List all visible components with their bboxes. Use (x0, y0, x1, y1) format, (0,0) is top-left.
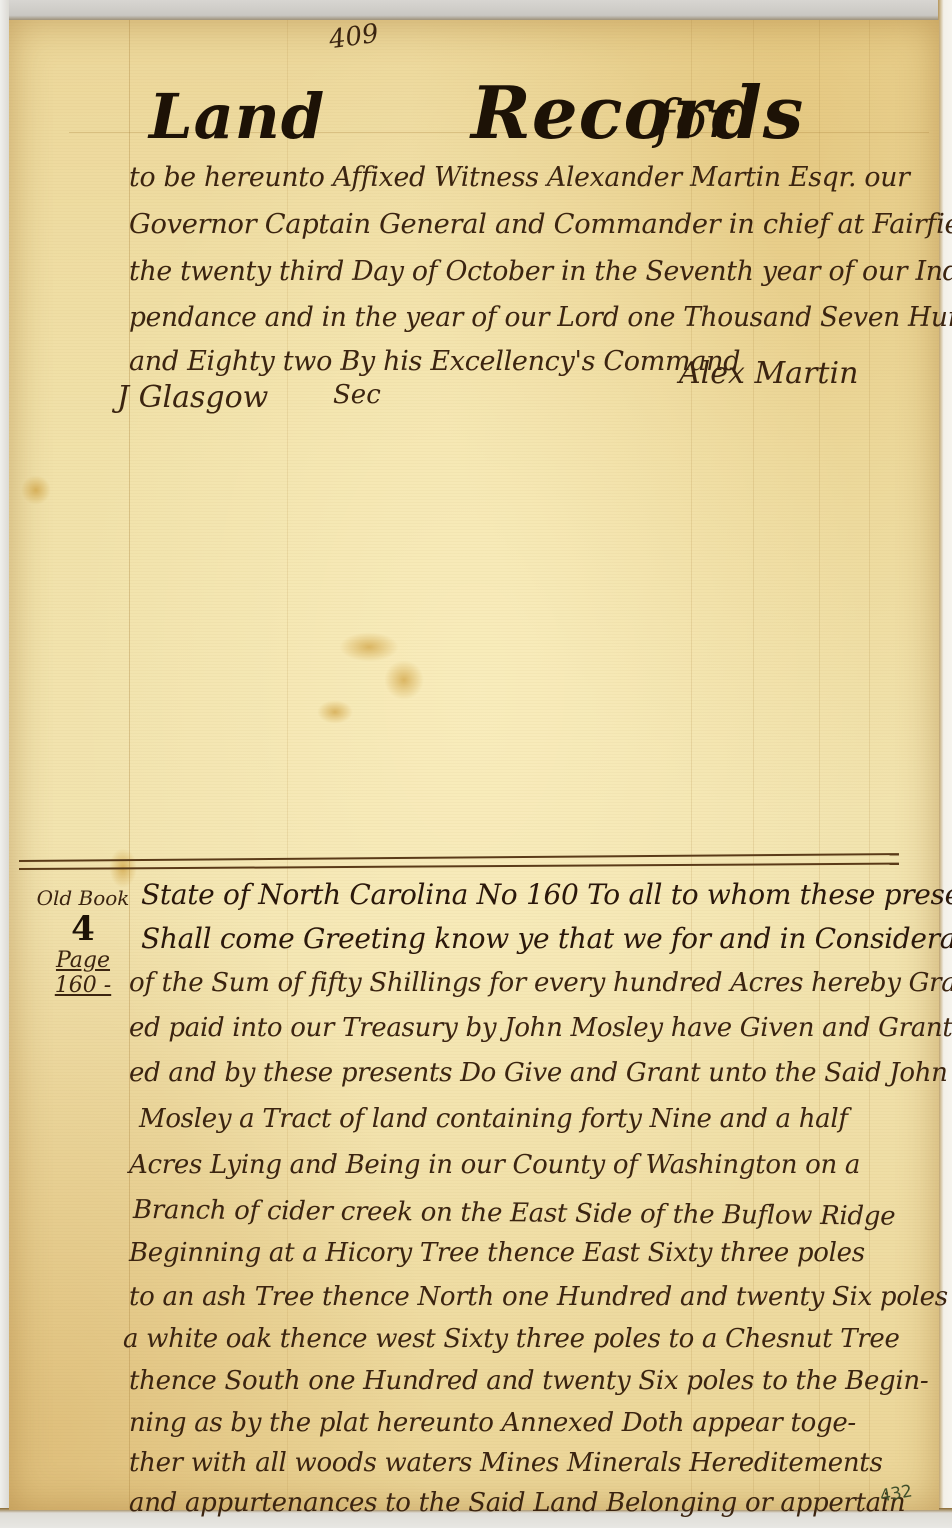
secretary-title: Sec (333, 380, 381, 410)
text-line: ed and by these presents Do Give and Gra… (129, 1058, 948, 1088)
water-stain (339, 632, 399, 662)
margin-note-label: Old Book (33, 886, 133, 910)
text-line: and appurtenances to the Said Land Belon… (129, 1488, 905, 1518)
text-line: Branch of cider creek on the East Side o… (133, 1195, 895, 1232)
text-line: Shall come Greeting know ye that we for … (141, 922, 952, 955)
text-line: ning as by the plat hereunto Annexed Dot… (129, 1408, 856, 1438)
section-divider (19, 853, 899, 862)
water-stain (384, 660, 424, 700)
governor-signature: Alex Martin (679, 356, 858, 391)
text-line: pendance and in the year of our Lord one… (129, 302, 952, 333)
heading-for: for (655, 90, 733, 150)
text-line: and Eighty two By his Excellency's Comma… (129, 346, 740, 377)
heading-records: Records (471, 70, 804, 155)
text-line: Governor Captain General and Commander i… (129, 209, 952, 240)
text-line: to be hereunto Affixed Witness Alexander… (129, 162, 910, 193)
text-line: Acres Lying and Being in our County of W… (129, 1150, 860, 1180)
text-line: Beginning at a Hicory Tree thence East S… (129, 1238, 865, 1268)
manuscript-page: 409 Land Records for to be hereunto Affi… (9, 20, 939, 1510)
secretary-signature: J Glasgow (117, 380, 268, 415)
text-line: of the Sum of fifty Shillings for every … (129, 968, 952, 998)
page-number: 409 (327, 19, 380, 56)
text-line: a white oak thence west Sixty three pole… (123, 1324, 900, 1354)
margin-note: Old Book 4 Page 160 - (33, 886, 133, 998)
text-line: ed paid into our Treasury by John Mosley… (129, 1013, 952, 1043)
text-line: to an ash Tree thence North one Hundred … (129, 1282, 952, 1312)
text-line: ther with all woods waters Mines Mineral… (129, 1448, 882, 1478)
water-stain (21, 475, 51, 505)
text-line: the twenty third Day of October in the S… (129, 256, 952, 287)
heading-land: Land (149, 80, 325, 153)
scan-border-left (0, 0, 9, 1528)
section-divider (19, 863, 899, 870)
water-stain (317, 700, 353, 724)
text-line: Mosley a Tract of land containing forty … (139, 1104, 848, 1134)
text-line: State of North Carolina No 160 To all to… (141, 878, 952, 911)
margin-note-page: Page 160 - (33, 948, 133, 998)
text-line: thence South one Hundred and twenty Six … (129, 1366, 928, 1396)
margin-note-book: 4 (33, 910, 133, 948)
scan-border-top (0, 0, 952, 22)
